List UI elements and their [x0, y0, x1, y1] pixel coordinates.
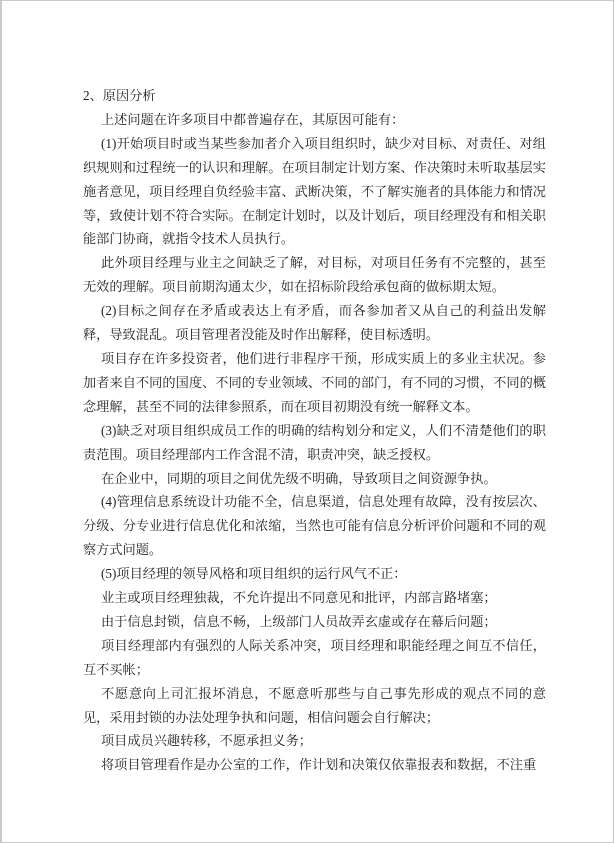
paragraph: 在企业中，同期的项目之间优先级不明确，导致项目之间资源争执。: [83, 467, 546, 491]
paragraph: (4)管理信息系统设计功能不全，信息渠道，信息处理有故障，没有按层次、分级、分专…: [83, 490, 546, 562]
paragraph: 不愿意向上司汇报坏消息，不愿意听那些与自己事先形成的观点不同的意见，采用封锁的办…: [83, 682, 546, 730]
paragraph: 项目成员兴趣转移，不愿承担义务；: [83, 729, 546, 753]
paragraph: (2)目标之间存在矛盾或表达上有矛盾，而各参加者又从自己的利益出发解释，导致混乱…: [83, 299, 546, 347]
paragraph: (1)开始项目时或当某些参加者介入项目组织时，缺少对目标、对责任、对组织规则和过…: [83, 132, 546, 252]
paragraph: 项目经理部内有强烈的人际关系冲突，项目经理和职能经理之间互不信任，互不买帐；: [83, 634, 546, 682]
paragraph: 此外项目经理与业主之间缺乏了解，对目标，对项目任务有不完整的，甚至无效的理解。项…: [83, 251, 546, 299]
section-heading: 2、原因分析: [83, 84, 546, 108]
paragraph: 将项目管理看作是办公室的工作，作计划和决策仅依靠报表和数据，不注重: [83, 753, 546, 777]
paragraph: 由于信息封锁，信息不畅，上级部门人员故弄玄虚或存在幕后问题；: [83, 610, 546, 634]
paragraph: 业主或项目经理独裁，不允许提出不同意见和批评，内部言路堵塞；: [83, 586, 546, 610]
paragraph: 项目存在许多投资者，他们进行非程序干预，形成实质上的多业主状况。参加者来自不同的…: [83, 347, 546, 419]
paragraph: (3)缺乏对项目组织成员工作的明确的结构划分和定义，人们不清楚他们的职责范围。项…: [83, 419, 546, 467]
paragraph: 上述问题在许多项目中都普遍存在，其原因可能有：: [83, 108, 546, 132]
paragraph: (5)项目经理的领导风格和项目组织的运行风气不正：: [83, 562, 546, 586]
document-text-block: 2、原因分析 上述问题在许多项目中都普遍存在，其原因可能有：(1)开始项目时或当…: [83, 84, 546, 777]
document-page: 2、原因分析 上述问题在许多项目中都普遍存在，其原因可能有：(1)开始项目时或当…: [0, 0, 614, 843]
paragraph-list: 上述问题在许多项目中都普遍存在，其原因可能有：(1)开始项目时或当某些参加者介入…: [83, 108, 546, 777]
